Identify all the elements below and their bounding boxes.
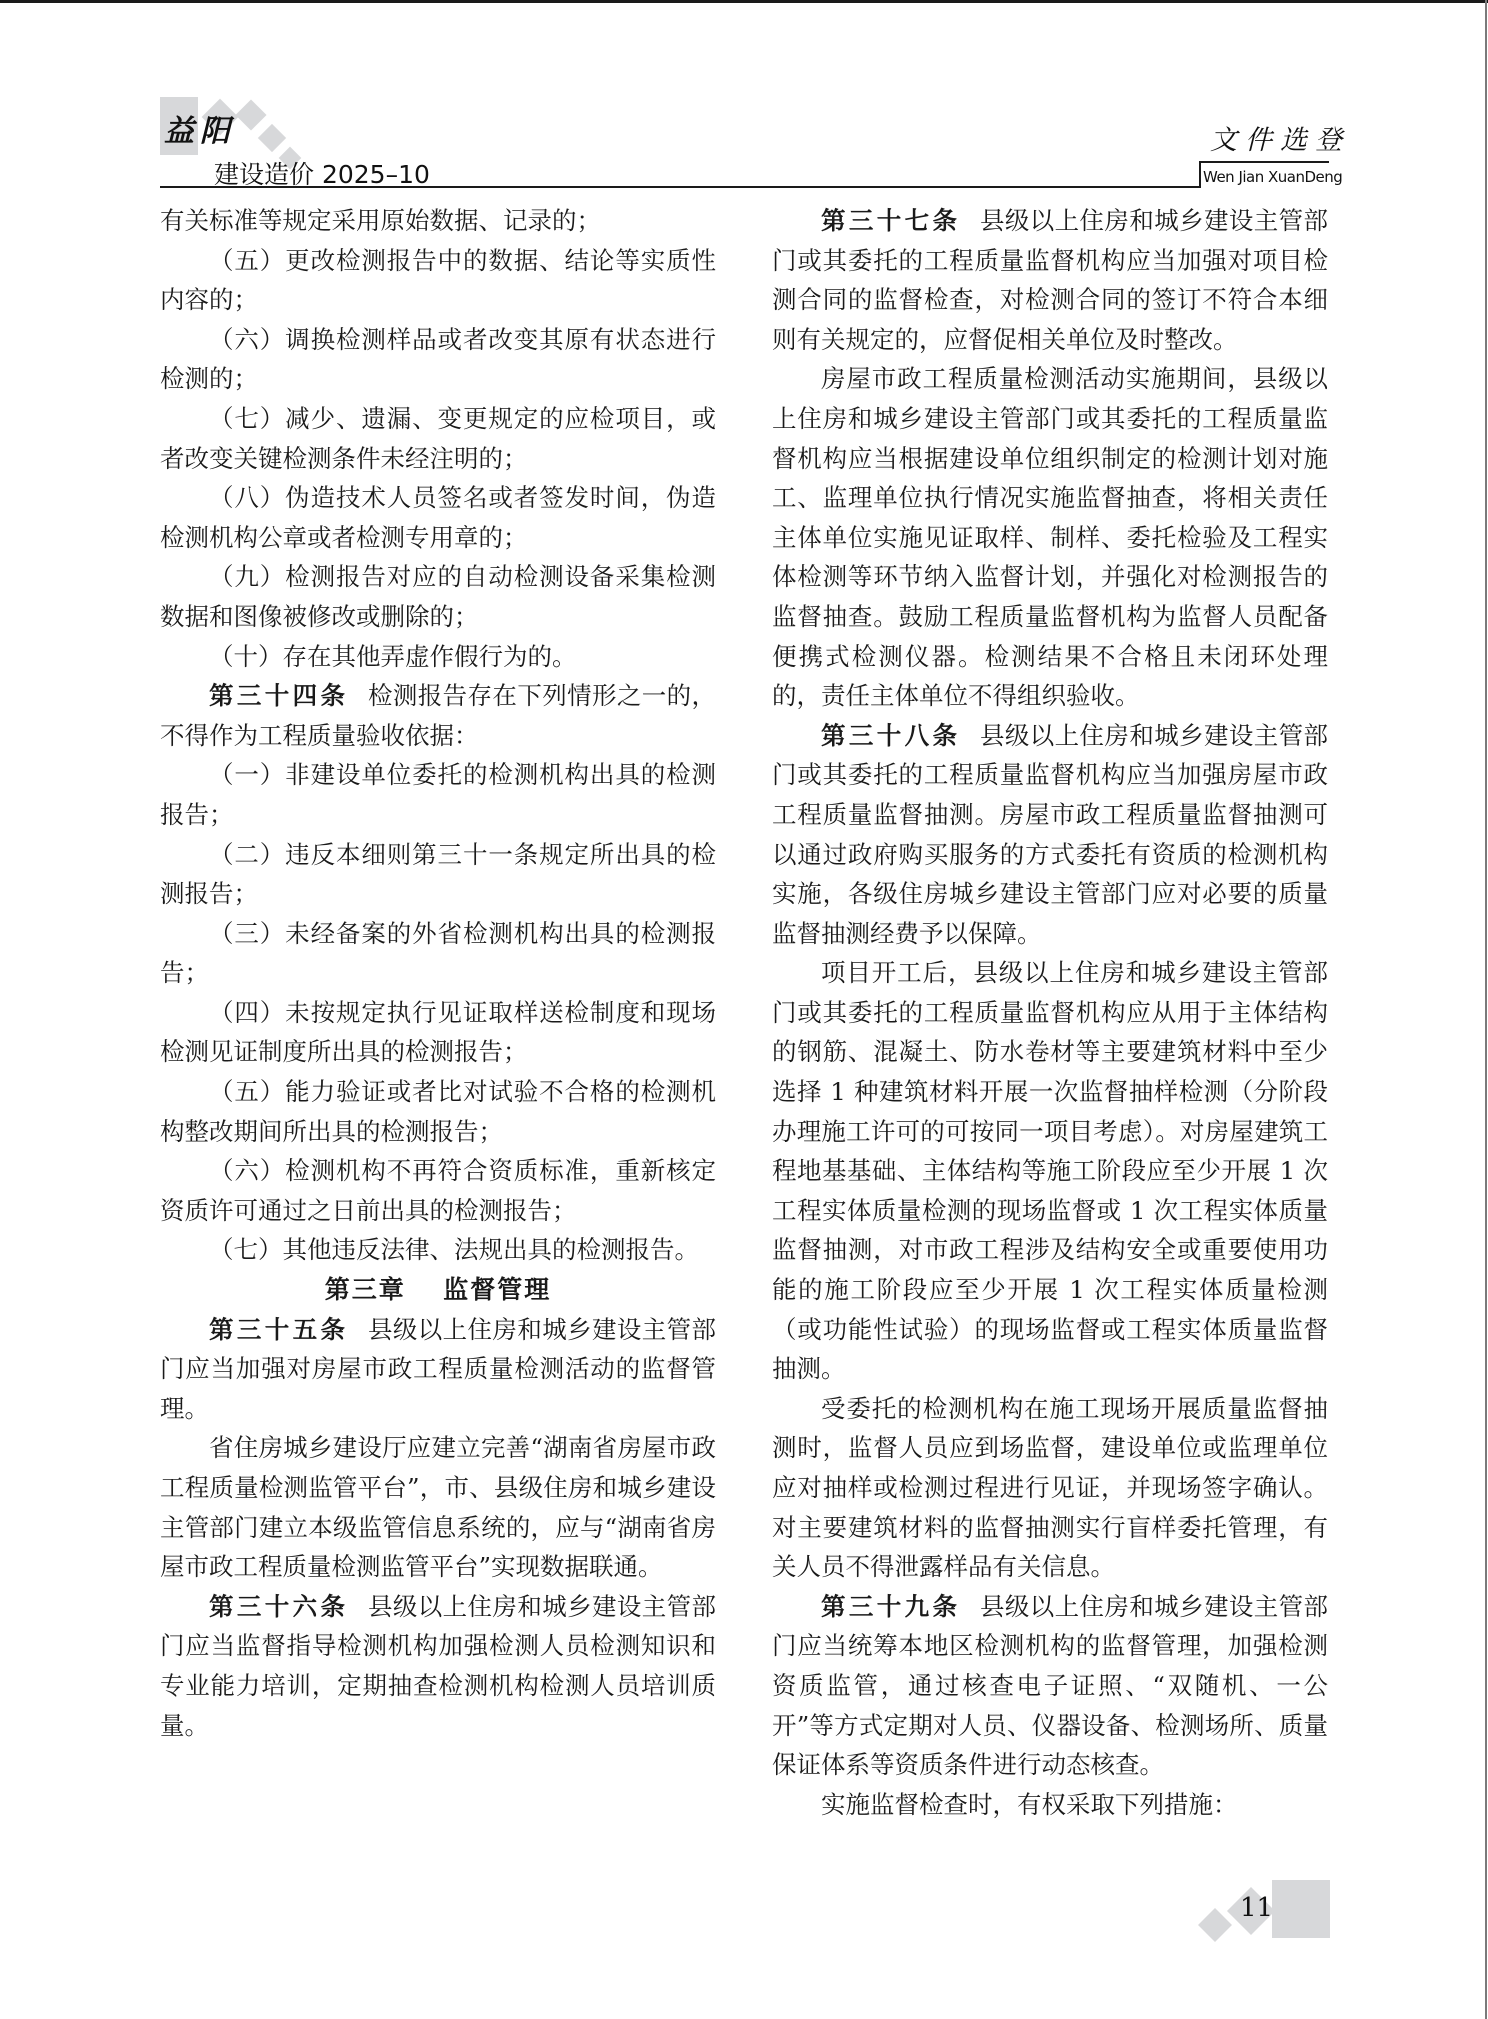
paragraph: 房屋市政工程质量检测活动实施期间，县级以上住房和城乡建设主管部门或其委托的工程质… — [772, 359, 1328, 715]
article-label: 第三十四条 — [209, 681, 348, 710]
page-right-border — [1485, 0, 1487, 2019]
chapter-title: 监督管理 — [443, 1275, 551, 1304]
list-item: （八）伪造技术人员签名或者签发时间，伪造检测机构公章或者检测专用章的； — [160, 478, 716, 557]
header-diamond-decoration — [258, 124, 286, 152]
article-label: 第三十九条 — [821, 1592, 960, 1621]
footer-diamond-decoration — [1198, 1908, 1232, 1942]
article-36: 第三十六条县级以上住房和城乡建设主管部门应当监督指导检测机构加强检测人员检测知识… — [160, 1587, 716, 1745]
list-item: （五）能力验证或者比对试验不合格的检测机构整改期间所出具的检测报告； — [160, 1072, 716, 1151]
header-rule-step — [1199, 162, 1201, 188]
list-item: （六）检测机构不再符合资质标准，重新核定资质许可通过之日前出具的检测报告； — [160, 1151, 716, 1230]
header-rule — [160, 186, 1200, 188]
list-item: （五）更改检测报告中的数据、结论等实质性内容的； — [160, 241, 716, 320]
list-item: （一）非建设单位委托的检测机构出具的检测报告； — [160, 755, 716, 834]
list-item: （四）未按规定执行见证取样送检制度和现场检测见证制度所出具的检测报告； — [160, 993, 716, 1072]
header-section-title-en: Wen Jian XuanDeng — [1203, 168, 1342, 186]
list-item: （六）调换检测样品或者改变其原有状态进行检测的； — [160, 320, 716, 399]
chapter-number: 第三章 — [325, 1275, 406, 1304]
page-number: 11 — [1240, 1893, 1273, 1923]
paragraph: 实施监督检查时，有权采取下列措施： — [772, 1785, 1328, 1825]
list-item: （三）未经备案的外省检测机构出具的检测报告； — [160, 914, 716, 993]
chapter-heading: 第三章监督管理 — [160, 1270, 716, 1310]
footer-gray-square — [1272, 1880, 1330, 1938]
left-column: 有关标准等规定采用原始数据、记录的； （五）更改检测报告中的数据、结论等实质性内… — [160, 201, 716, 1745]
article-label: 第三十八条 — [821, 721, 960, 750]
article-label: 第三十七条 — [821, 206, 960, 235]
article-34: 第三十四条检测报告存在下列情形之一的，不得作为工程质量验收依据： — [160, 676, 716, 755]
paragraph: 项目开工后，县级以上住房和城乡建设主管部门或其委托的工程质量监督机构应从用于主体… — [772, 953, 1328, 1389]
header-diamond-decoration — [235, 99, 266, 130]
list-item: （七）减少、遗漏、变更规定的应检项目，或者改变关键检测条件未经注明的； — [160, 399, 716, 478]
list-item: （九）检测报告对应的自动检测设备采集检测数据和图像被修改或删除的； — [160, 557, 716, 636]
article-35: 第三十五条县级以上住房和城乡建设主管部门应当加强对房屋市政工程质量检测活动的监督… — [160, 1310, 716, 1429]
paragraph: 省住房城乡建设厅应建立完善“湖南省房屋市政工程质量检测监管平台”，市、县级住房和… — [160, 1428, 716, 1586]
article-38: 第三十八条县级以上住房和城乡建设主管部门或其委托的工程质量监督机构应当加强房屋市… — [772, 716, 1328, 954]
article-text: 县级以上住房和城乡建设主管部门或其委托的工程质量监督机构应当加强房屋市政工程质量… — [772, 721, 1328, 948]
list-item: （七）其他违反法律、法规出具的检测报告。 — [160, 1230, 716, 1270]
header-section-title: 文件选登 — [1210, 118, 1350, 157]
article-label: 第三十六条 — [209, 1592, 348, 1621]
paragraph: 受委托的检测机构在施工现场开展质量监督抽测时，监督人员应到场监督，建设单位或监理… — [772, 1389, 1328, 1587]
right-column: 第三十七条县级以上住房和城乡建设主管部门或其委托的工程质量监督机构应当加强对项目… — [772, 201, 1328, 1824]
article-37: 第三十七条县级以上住房和城乡建设主管部门或其委托的工程质量监督机构应当加强对项目… — [772, 201, 1328, 359]
article-39: 第三十九条县级以上住房和城乡建设主管部门应当统筹本地区检测机构的监督管理，加强检… — [772, 1587, 1328, 1785]
page-top-border — [0, 0, 1488, 3]
article-label: 第三十五条 — [209, 1315, 348, 1344]
list-item: （二）违反本细则第三十一条规定所出具的检测报告； — [160, 835, 716, 914]
header-brand: 益阳 — [164, 106, 236, 150]
header-rule-top — [1199, 161, 1329, 163]
list-item: （十）存在其他弄虚作假行为的。 — [160, 637, 716, 677]
paragraph: 有关标准等规定采用原始数据、记录的； — [160, 201, 716, 241]
